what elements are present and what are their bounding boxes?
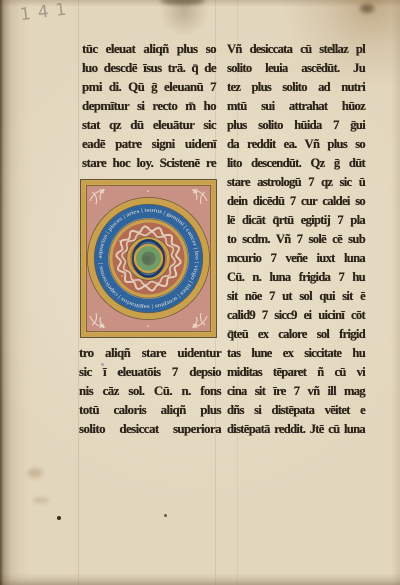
text-line: Cū. n. luna frigida 7 hu xyxy=(227,268,365,287)
text-line: da reddit ea. Vñ plus so xyxy=(227,135,365,154)
text-line: plus solito hūida 7 ḡui xyxy=(227,116,365,135)
text-column-left-upper: tūc eleuat aliqñ plus soluo descdē īsus … xyxy=(82,39,216,172)
parchment-crease xyxy=(78,0,79,585)
text-line: eadē patre signi uidenī xyxy=(82,134,216,153)
ink-speck xyxy=(57,516,61,520)
stain xyxy=(33,498,49,503)
text-line: stat qz dū eleuātur sic xyxy=(82,115,216,134)
text-line: stare astrologū 7 qz sic ū xyxy=(227,173,365,192)
text-line: dein dicēdū 7 cur caldei so xyxy=(227,192,365,211)
text-line: solito leuia ascēdūt. Ju xyxy=(227,59,365,78)
manuscript-page: 141 tūc eleuat aliqñ plus soluo descdē ī… xyxy=(0,0,400,585)
text-line: tro aliqñ stare uidentur xyxy=(79,343,221,362)
text-line: miditas tēparet ñ cū vi xyxy=(227,363,365,382)
text-line: sic ī eleuatōis 7 depsio xyxy=(79,362,221,381)
stain xyxy=(28,468,42,478)
text-column-left-lower: tro aliqñ stare uidentursic ī eleuatōis … xyxy=(79,343,221,438)
text-line: to scdm. Vñ 7 solē cē sub xyxy=(227,230,365,249)
text-line: totū caloris aliqñ plus xyxy=(79,400,221,419)
text-line: nis cāz sol. Cū. n. fons xyxy=(79,381,221,400)
ink-smudge xyxy=(360,4,374,13)
text-line: q̄teū ex calore sol frigid xyxy=(227,325,365,344)
text-line: solito desiccat superiora xyxy=(79,419,221,438)
cosmological-diagram: aquarius | pisces | aries | taurus | gem… xyxy=(80,179,217,338)
text-line: depmītur si recto m̄ ho xyxy=(82,96,216,115)
text-line: luo descdē īsus trā. q̄ de xyxy=(82,58,216,77)
text-line: sit nōe 7 ut sol qui sit ē xyxy=(227,287,365,306)
text-line: cina sit īre 7 vñ ill mag xyxy=(227,382,365,401)
text-line: lē dicāt q̄rtū egiptij 7 pla xyxy=(227,211,365,230)
text-line: pmi di. Qū ḡ eleuanū 7 xyxy=(82,77,216,96)
text-line: tas lune ex siccitate hu xyxy=(227,344,365,363)
text-line: distēpatā reddit. Jtē cū luna xyxy=(227,420,365,439)
folio-number-pencil: 141 xyxy=(19,0,74,25)
text-line: Vñ desiccata cū stellaz pl xyxy=(227,40,365,59)
earth-blotch-core xyxy=(143,256,151,264)
text-line: dñs si distēpata vēitet e xyxy=(227,401,365,420)
text-line: mtū sui attrahat hūoz xyxy=(227,97,365,116)
text-line: tūc eleuat aliqñ plus so xyxy=(82,39,216,58)
text-column-right: Vñ desiccata cū stellaz plsolito leuia a… xyxy=(227,40,365,439)
text-line: tez plus solito ad nutri xyxy=(227,78,365,97)
text-line: lito descendūt. Qz ḡ dūt xyxy=(227,154,365,173)
text-line: calid9 7 sicc9 ei uicinī cōt xyxy=(227,306,365,325)
text-line: stare hoc loy. Scistenē re xyxy=(82,153,216,172)
text-line: mcurio 7 veñe iuxt luna xyxy=(227,249,365,268)
ink-smudge xyxy=(160,0,205,5)
ink-speck xyxy=(164,514,167,517)
